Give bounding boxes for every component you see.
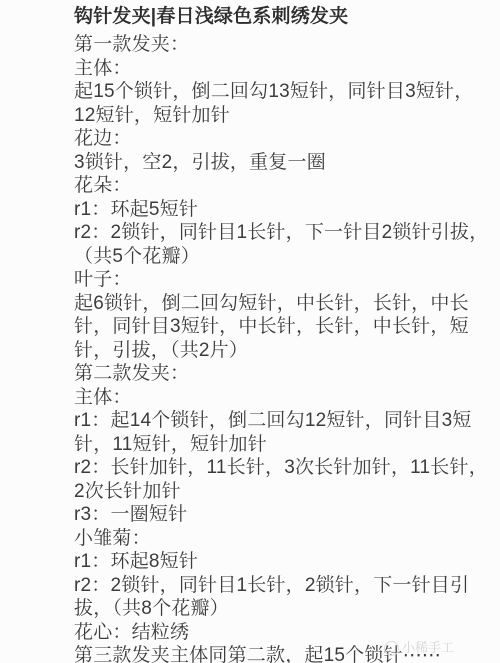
text-line: 第一款发夹： <box>74 33 489 57</box>
text-line: 针，引拔，（共2片） <box>74 339 489 363</box>
page-title: 钩针发夹|春日浅绿色系刺绣发夹 <box>74 4 348 30</box>
watermark-logo-icon <box>384 641 399 656</box>
text-line: r2：长针加针，11长针，3次长针加针，11长针， <box>74 456 489 480</box>
watermark-text: 小稀手工 <box>402 639 454 657</box>
text-line: 叶子： <box>74 268 489 292</box>
text-line: 12短针，短针加针 <box>74 104 489 128</box>
text-line: r2：2锁针，同针目1长针，下一针目2锁针引拔， <box>74 221 489 245</box>
text-line: 第二款发夹： <box>74 362 489 386</box>
text-line: r1：环起8短针 <box>74 550 489 574</box>
document-body: 第一款发夹：主体：起15个锁针，倒二回勾13短针，同针目3短针，12短针，短针加… <box>74 33 489 663</box>
text-line: r1：环起5短针 <box>74 198 489 222</box>
text-line: 针，11短针，短针加针 <box>74 433 489 457</box>
text-line: 拔，（共8个花瓣） <box>74 597 489 621</box>
document-page: 钩针发夹|春日浅绿色系刺绣发夹 第一款发夹：主体：起15个锁针，倒二回勾13短针… <box>0 0 500 663</box>
text-line: 主体： <box>74 386 489 410</box>
text-line: 花朵： <box>74 174 489 198</box>
text-line: 2次长针加针 <box>74 480 489 504</box>
text-line: 3锁针，空2，引拔，重复一圈 <box>74 151 489 175</box>
text-line: 起15个锁针，倒二回勾13短针，同针目3短针， <box>74 80 489 104</box>
text-line: 小雏菊： <box>74 527 489 551</box>
text-line: （共5个花瓣） <box>74 245 489 269</box>
watermark: 小稀手工 <box>384 639 454 657</box>
text-line: 主体： <box>74 57 489 81</box>
text-line: r1：起14个锁针，倒二回勾12短针，同针目3短 <box>74 409 489 433</box>
text-line: r2：2锁针，同针目1长针，2锁针，下一针目引 <box>74 574 489 598</box>
text-line: r3：一圈短针 <box>74 503 489 527</box>
text-line: 起6锁针，倒二回勾短针，中长针，长针，中长 <box>74 292 489 316</box>
text-line: 针，同针目3短针，中长针，长针，中长针，短 <box>74 315 489 339</box>
text-line: 花边： <box>74 127 489 151</box>
